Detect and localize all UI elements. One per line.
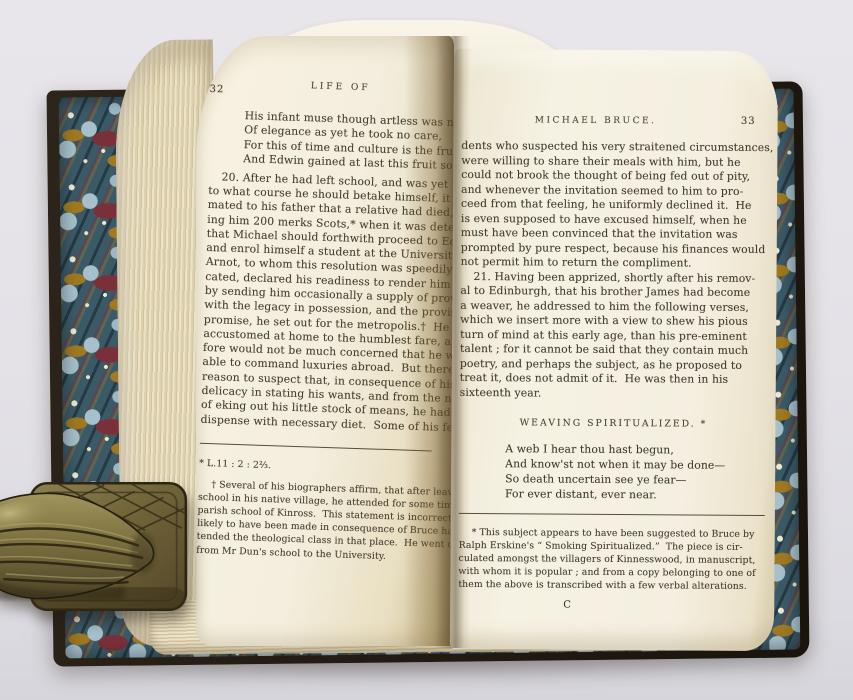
left-page-text: 32 LIFE OF His infant muse though artles… [196, 76, 454, 565]
running-head-right: MICHAEL BRUCE. [462, 113, 770, 130]
text-line: which we insert more with a view to shew… [460, 313, 768, 330]
text-line: For ever distant, ever near. [505, 486, 767, 503]
right-page-header: MICHAEL BRUCE. 33 [462, 113, 770, 129]
text-line: dents who suspected his very straitened … [461, 139, 769, 156]
brass-hand-icon [0, 477, 196, 620]
text-line: And Edwin gained at last this fruit so r… [243, 152, 454, 173]
brass-hand-page-holder [0, 477, 196, 620]
text-line: talent ; for it cannot be said that they… [460, 342, 768, 359]
signature-mark: C [458, 597, 766, 614]
right-page-paragraph-21: 21. Having been apprized, shortly after … [460, 269, 769, 402]
right-page-footnote: * This subject appears to have been sugg… [458, 525, 766, 593]
text-line: ceed from that feeling, he uniformly dec… [461, 197, 769, 214]
right-page-text: MICHAEL BRUCE. 33 dents who suspected hi… [458, 113, 769, 614]
left-page-paragraph-20: 20. After he had left school, and was ye… [200, 170, 454, 435]
text-line: treat it, does not admit of it. He was t… [460, 371, 768, 388]
text-line: them the above is transcribed with a few… [458, 578, 766, 593]
left-page-footnote-2: † Several of his biographers affirm, tha… [196, 478, 444, 565]
text-line: A web I hear thou hast begun, [505, 441, 767, 458]
footnote-rule-left [200, 443, 432, 452]
left-page: 32 LIFE OF His infant muse though artles… [196, 36, 454, 646]
text-line: not permit him to return the compliment. [461, 255, 769, 272]
gutter-shadow [436, 36, 470, 648]
page-number-left: 32 [209, 83, 224, 98]
right-page-poem: A web I hear thou hast begun,And know'st… [459, 440, 767, 502]
poem-title: WEAVING SPIRITUALIZED. * [459, 416, 767, 433]
right-page-paragraph-continued: dents who suspected his very straitened … [461, 139, 770, 272]
left-page-poem: His infant muse though artless was not m… [209, 108, 454, 174]
left-page-footnote-1: * L.11 : 2 : 2⅔. [199, 457, 445, 478]
right-page: MICHAEL BRUCE. 33 dents who suspected hi… [450, 49, 778, 651]
footnote-rule-right [459, 512, 765, 515]
page-number-right: 33 [741, 115, 756, 130]
text-line: And know'st not when it may be done— [505, 456, 767, 473]
running-head-left: LIFE OF [212, 76, 454, 98]
text-line: could not brook the thought of being fed… [461, 168, 769, 185]
text-line: So death uncertain see ye fear— [505, 471, 767, 488]
left-page-header: 32 LIFE OF [211, 76, 454, 102]
text-line: sixteenth year. [460, 385, 768, 402]
book-photograph: 32 LIFE OF His infant muse though artles… [0, 0, 853, 700]
text-line: al to Edinburgh, that his brother James … [460, 284, 768, 301]
text-line: must have been convinced that the invita… [461, 226, 769, 243]
